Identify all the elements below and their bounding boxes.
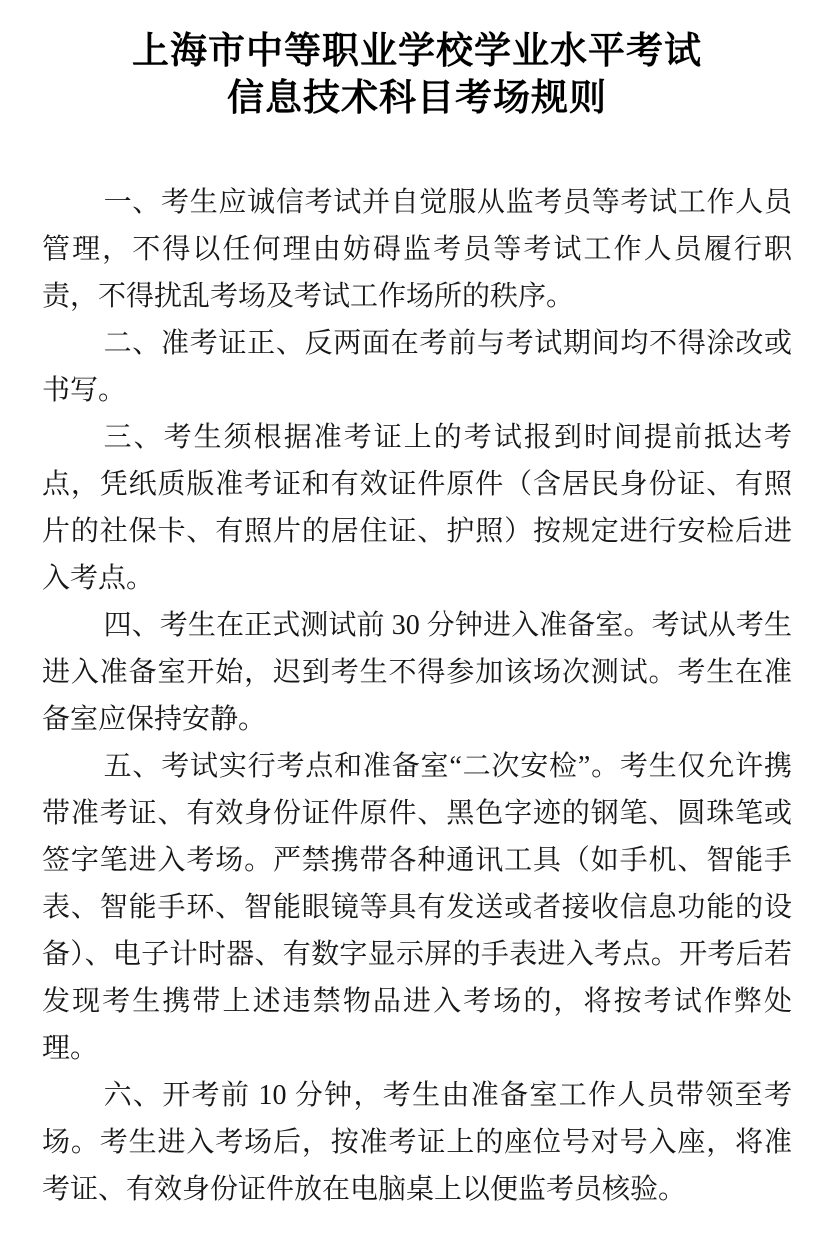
rule-paragraph-4: 四、考生在正式测试前 30 分钟进入准备室。考试从考生进入准备室开始，迟到考生不… [42, 602, 792, 743]
document-page: 上海市中等职业学校学业水平考试 信息技术科目考场规则 一、考生应诚信考试并自觉服… [0, 0, 824, 1238]
rule-paragraph-5: 五、考试实行考点和准备室“二次安检”。考生仅允许携带准考证、有效身份证件原件、黑… [42, 743, 792, 1072]
title-line-2: 信息技术科目考场规则 [42, 75, 792, 122]
document-body: 一、考生应诚信考试并自觉服从监考员等考试工作人员管理，不得以任何理由妨碍监考员等… [42, 179, 792, 1213]
rule-paragraph-3: 三、考生须根据准考证上的考试报到时间提前抵达考点，凭纸质版准考证和有效证件原件（… [42, 414, 792, 602]
title-line-1: 上海市中等职业学校学业水平考试 [42, 28, 792, 75]
document-title: 上海市中等职业学校学业水平考试 信息技术科目考场规则 [42, 28, 792, 122]
rule-paragraph-2: 二、准考证正、反两面在考前与考试期间均不得涂改或书写。 [42, 320, 792, 414]
rule-paragraph-6: 六、开考前 10 分钟，考生由准备室工作人员带领至考场。考生进入考场后，按准考证… [42, 1072, 792, 1213]
rule-paragraph-1: 一、考生应诚信考试并自觉服从监考员等考试工作人员管理，不得以任何理由妨碍监考员等… [42, 179, 792, 320]
